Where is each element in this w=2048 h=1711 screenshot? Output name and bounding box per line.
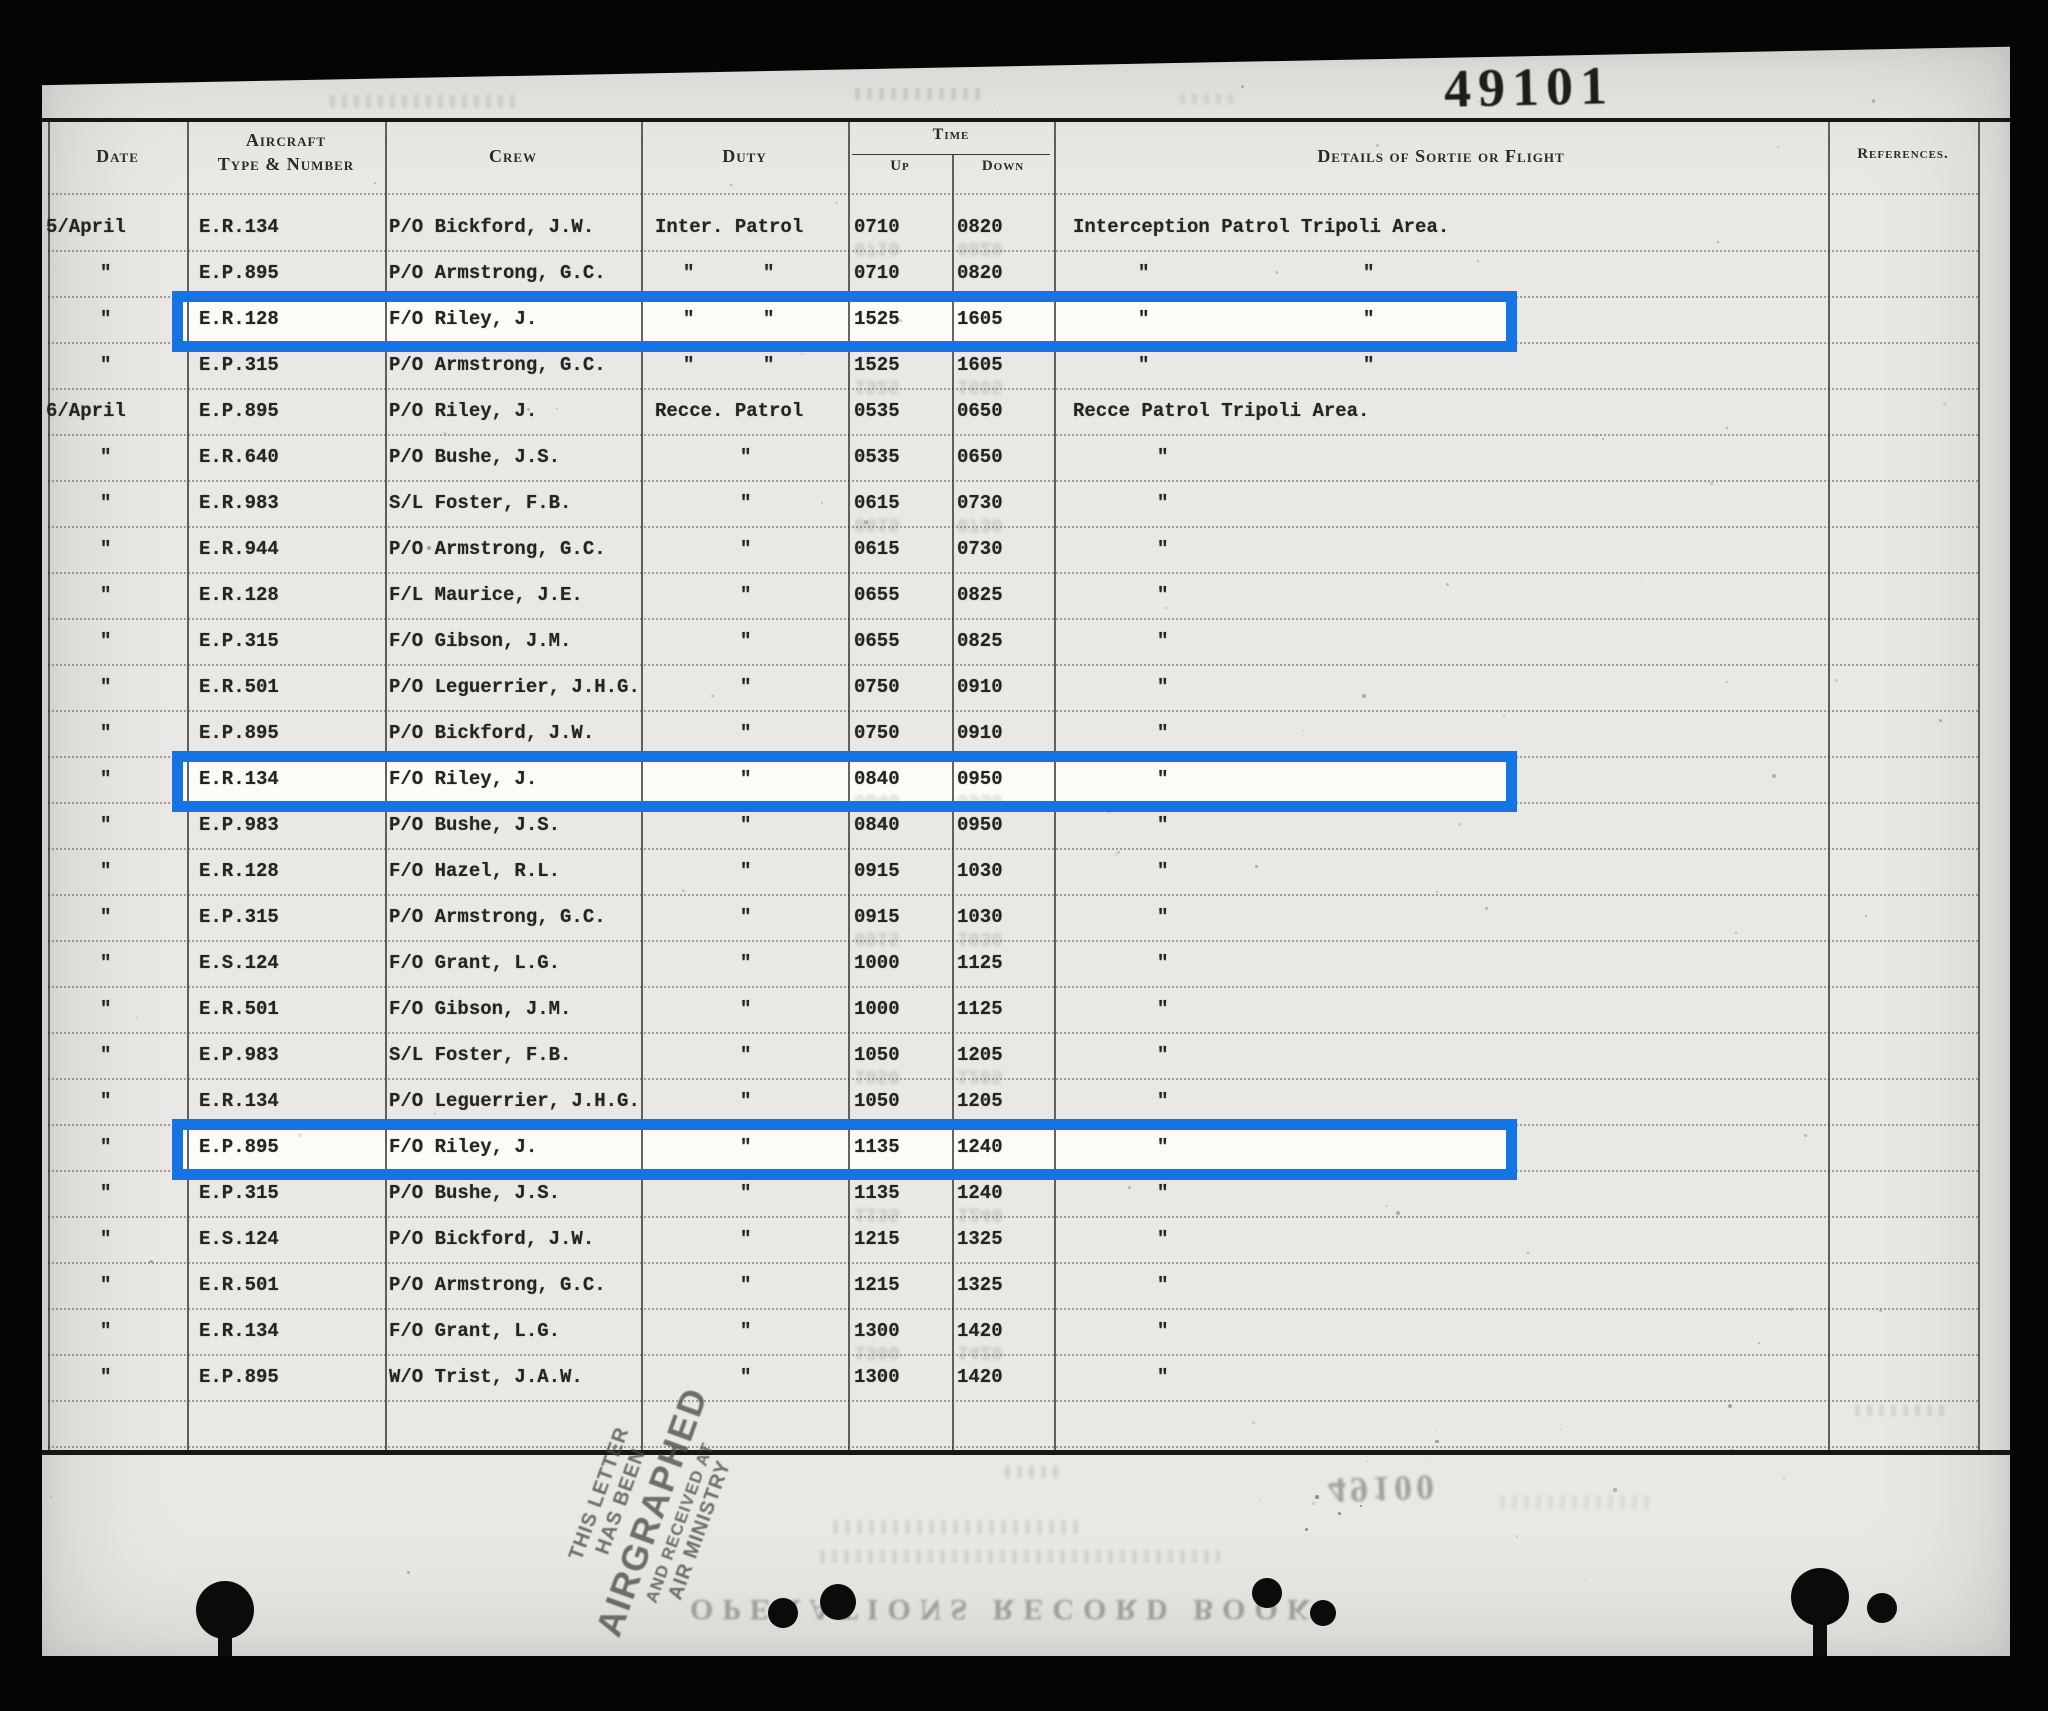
col-header-date: Date [48, 146, 187, 167]
paper-speck [556, 408, 558, 410]
cell-aircraft: E.P.983 [199, 813, 279, 837]
cell-time-down: 1240 [957, 1181, 1003, 1205]
cell-details-ditto: " [1157, 1089, 1168, 1113]
cell-time-down: 0820 [957, 261, 1003, 285]
cell-duty-ditto: " [740, 1319, 751, 1343]
cell-date-ditto: " [100, 353, 111, 377]
cell-time-down: 1125 [957, 951, 1003, 975]
ink-smudge [1500, 1495, 1650, 1509]
hole-punch [1791, 1568, 1849, 1626]
paper-speck [1641, 578, 1642, 579]
cell-crew: P/O Armstrong, G.C. [389, 353, 606, 377]
cell-crew: F/L Maurice, J.E. [389, 583, 583, 607]
time-ghost: 1240 [957, 1203, 1003, 1225]
paper-speck [1516, 1535, 1518, 1537]
paper-speck [1613, 1488, 1617, 1492]
cell-date-ditto: " [100, 813, 111, 837]
cell-time-down: 0650 [957, 445, 1003, 469]
cell-date-ditto: " [100, 1365, 111, 1389]
cell-details-ditto: " [1157, 905, 1168, 929]
cell-duty: Recce. Patrol [655, 399, 803, 423]
hole-punch [768, 1598, 798, 1628]
row-separator [48, 480, 1978, 482]
paper-speck [1200, 1535, 1202, 1537]
cell-crew: F/O Hazel, R.L. [389, 859, 560, 883]
paper-speck [1602, 438, 1604, 440]
paper-speck [434, 1113, 436, 1115]
cell-crew: F/O Grant, L.G. [389, 951, 560, 975]
time-subheader-rule [852, 154, 1050, 155]
paper-speck [1728, 1404, 1732, 1408]
time-ghost: 1205 [957, 1065, 1003, 1087]
cell-crew: F/O Gibson, J.M. [389, 997, 571, 1021]
paper-speck [374, 182, 376, 184]
cell-duty-ditto: " [740, 813, 751, 837]
paper-speck [1165, 607, 1167, 609]
cell-duty-ditto: " [740, 491, 751, 515]
row-separator [48, 1032, 1978, 1034]
cell-time-down: 0825 [957, 583, 1003, 607]
cell-details-ditto: " [1157, 859, 1168, 883]
paper-speck [1726, 427, 1728, 429]
cell-time-up: 1000 [854, 951, 900, 975]
cell-time-up: 1135 [854, 1181, 900, 1205]
cell-aircraft: E.R.944 [199, 537, 279, 561]
cell-time-down: 1420 [957, 1319, 1003, 1343]
cell-date-ditto: " [100, 905, 111, 929]
time-ghost: 1525 [854, 375, 900, 397]
paper-speck [53, 266, 55, 268]
paper-speck [1255, 865, 1258, 868]
cell-time-up: 0655 [854, 629, 900, 653]
cell-date-ditto: " [100, 629, 111, 653]
paper-speck [682, 889, 685, 892]
cell-date-ditto: " [100, 1043, 111, 1067]
cell-time-up: 0915 [854, 905, 900, 929]
cell-duty-ditto: " [740, 1181, 751, 1205]
hole-punch [820, 1584, 856, 1620]
highlight-box [172, 1119, 1517, 1180]
paper-speck [1362, 694, 1365, 697]
cell-duty-ditto: " [740, 675, 751, 699]
cell-crew: P/O Bushe, J.S. [389, 445, 560, 469]
page-number: 49101 [1443, 54, 1614, 120]
cell-duty-ditto: " [740, 721, 751, 745]
cell-time-up: 0710 [854, 261, 900, 285]
cell-crew: P/O Bickford, J.W. [389, 1227, 594, 1251]
paper-speck [1305, 1528, 1308, 1531]
cell-duty-ditto: " [740, 1043, 751, 1067]
paper-sheet [42, 46, 2010, 1658]
cell-duty-ditto: " [683, 353, 694, 377]
paper-speck [1435, 1440, 1439, 1444]
cell-details-ditto: " [1157, 675, 1168, 699]
paper-speck [1477, 260, 1479, 262]
cell-time-down: 0730 [957, 537, 1003, 561]
cell-crew: P/O Bickford, J.W. [389, 721, 594, 745]
cell-aircraft: E.R.128 [199, 583, 279, 607]
cell-aircraft: E.R.501 [199, 997, 279, 1021]
ink-smudge [1005, 1466, 1065, 1478]
ink-smudge [330, 95, 520, 108]
ink-smudge [820, 1550, 1220, 1563]
highlight-box [172, 291, 1517, 352]
cell-duty-ditto: " [763, 353, 774, 377]
cell-duty: Inter. Patrol [655, 215, 803, 239]
cell-details-ditto: " [1157, 951, 1168, 975]
cell-time-down: 0825 [957, 629, 1003, 653]
cell-duty-ditto: " [740, 445, 751, 469]
paper-speck [1939, 719, 1942, 722]
cell-duty-ditto: " [740, 905, 751, 929]
cell-date: 6/April [46, 399, 126, 423]
col-header-time: Time [848, 126, 1054, 144]
cell-details-ditto: " [1157, 1181, 1168, 1205]
cell-date-ditto: " [100, 1135, 111, 1159]
cell-time-down: 0730 [957, 491, 1003, 515]
row-separator [48, 940, 1978, 942]
paper-speck [1726, 681, 1728, 683]
cell-date-ditto: " [100, 445, 111, 469]
cell-aircraft: E.R.501 [199, 1273, 279, 1297]
cell-details-ditto: " [1157, 1227, 1168, 1251]
cell-date-ditto: " [100, 307, 111, 331]
cell-aircraft: E.P.895 [199, 721, 279, 745]
row-separator [48, 664, 1978, 666]
cell-time-up: 0535 [854, 399, 900, 423]
time-ghost: 1605 [957, 375, 1003, 397]
ink-smudge [1180, 94, 1240, 104]
row-separator [48, 1078, 1978, 1080]
cell-crew: P/O Armstrong, G.C. [389, 905, 606, 929]
time-ghost: 1420 [957, 1341, 1003, 1363]
cell-time-down: 1205 [957, 1043, 1003, 1067]
cell-aircraft: E.R.640 [199, 445, 279, 469]
scan-border-left [0, 0, 42, 1711]
row-separator [48, 618, 1978, 620]
paper-speck [1338, 1512, 1341, 1515]
cell-date-ditto: " [100, 1089, 111, 1113]
col-header-crew: Crew [385, 146, 641, 167]
paper-speck [730, 184, 732, 186]
time-ghost: 1300 [854, 1341, 900, 1363]
cell-aircraft: E.R.983 [199, 491, 279, 515]
cell-time-up: 0655 [854, 583, 900, 607]
cell-duty-ditto: " [740, 859, 751, 883]
cell-crew: F/O Grant, L.G. [389, 1319, 560, 1343]
row-separator [48, 986, 1978, 988]
cell-crew: W/O Trist, J.A.W. [389, 1365, 583, 1389]
cell-date-ditto: " [100, 583, 111, 607]
cell-aircraft: E.P.315 [199, 629, 279, 653]
cell-crew: P/O Bickford, J.W. [389, 215, 594, 239]
table-column-line [1828, 122, 1830, 1452]
cell-time-up: 0615 [854, 491, 900, 515]
cell-aircraft: E.R.134 [199, 1319, 279, 1343]
cell-time-up: 0710 [854, 215, 900, 239]
paper-speck [1803, 1320, 1804, 1321]
ink-smudge [855, 88, 985, 100]
cell-details-ditto: " [1157, 1365, 1168, 1389]
cell-duty-ditto: " [740, 629, 751, 653]
cell-aircraft: E.S.124 [199, 951, 279, 975]
cell-time-up: 1215 [854, 1273, 900, 1297]
row-separator [48, 526, 1978, 528]
paper-speck [1366, 1461, 1368, 1463]
cell-crew: P/O Armstrong, G.C. [389, 261, 606, 285]
cell-time-up: 1000 [854, 997, 900, 1021]
cell-time-down: 1605 [957, 353, 1003, 377]
paper-speck [1436, 891, 1438, 893]
paper-speck [1312, 1502, 1315, 1505]
cell-time-down: 1420 [957, 1365, 1003, 1389]
scan-border-right [2010, 0, 2048, 1711]
cell-time-down: 1030 [957, 859, 1003, 883]
hole-punch [1310, 1600, 1336, 1626]
cell-crew: S/L Foster, F.B. [389, 1043, 571, 1067]
cell-details-ditto: " [1157, 491, 1168, 515]
cell-crew: P/O Armstrong, G.C. [389, 537, 606, 561]
cell-aircraft: E.R.134 [199, 1089, 279, 1113]
cell-crew: P/O Riley, J. [389, 399, 537, 423]
cell-time-up: 0915 [854, 859, 900, 883]
ink-smudge [833, 1520, 1083, 1534]
cell-time-down: 1030 [957, 905, 1003, 929]
paper-speck [1772, 774, 1776, 778]
paper-speck [1485, 907, 1488, 910]
cell-details-ditto: " [1157, 1319, 1168, 1343]
cell-date: 5/April [46, 215, 126, 239]
cell-time-up: 1525 [854, 353, 900, 377]
paper-speck [1943, 403, 1946, 406]
cell-aircraft: E.P.895 [199, 1365, 279, 1389]
cell-date-ditto: " [100, 1273, 111, 1297]
cell-duty-ditto: " [740, 583, 751, 607]
col-header-references: References. [1828, 146, 1978, 163]
col-header-duty: Duty [641, 146, 848, 167]
cell-time-down: 0650 [957, 399, 1003, 423]
time-ghost: 0915 [854, 927, 900, 949]
scan-border-bottom [0, 1656, 2048, 1711]
cell-date-ditto: " [100, 1227, 111, 1251]
cell-aircraft: E.P.983 [199, 1043, 279, 1067]
cell-time-up: 0535 [854, 445, 900, 469]
cell-date-ditto: " [100, 1319, 111, 1343]
cell-duty-ditto: " [740, 1273, 751, 1297]
row-separator [48, 193, 1978, 195]
cell-crew: P/O Leguerrier, J.H.G. [389, 1089, 640, 1113]
paper-speck [1315, 1495, 1319, 1499]
row-separator [48, 388, 1978, 390]
cell-aircraft: E.R.134 [199, 215, 279, 239]
cell-duty-ditto: " [740, 1365, 751, 1389]
paper-speck [1804, 1134, 1807, 1137]
cell-details: Recce Patrol Tripoli Area. [1073, 399, 1369, 423]
cell-aircraft: E.R.128 [199, 859, 279, 883]
paper-speck [1872, 99, 1875, 102]
scanned-page: 49101 Date Aircraft Type & Number Crew D… [0, 0, 2048, 1711]
cell-details-ditto: " [1138, 261, 1149, 285]
cell-details-ditto: " [1157, 583, 1168, 607]
row-separator [48, 1354, 1978, 1356]
hole-punch [1252, 1578, 1282, 1608]
cell-details-ditto: " [1157, 1273, 1168, 1297]
cell-time-up: 1050 [854, 1089, 900, 1113]
cell-details-ditto: " [1157, 629, 1168, 653]
cell-crew: P/O Leguerrier, J.H.G. [389, 675, 640, 699]
cell-date-ditto: " [100, 859, 111, 883]
row-separator [48, 848, 1978, 850]
cell-crew: P/O Bushe, J.S. [389, 1181, 560, 1205]
row-separator [48, 1308, 1978, 1310]
row-separator [48, 1262, 1978, 1264]
cell-time-down: 0910 [957, 675, 1003, 699]
col-header-up: Up [848, 158, 952, 175]
highlight-box [172, 751, 1517, 812]
cell-aircraft: E.P.895 [199, 399, 279, 423]
cell-duty-ditto: " [740, 1227, 751, 1251]
row-separator [48, 710, 1978, 712]
bleed-through-page-number: 49100 [1327, 1466, 1438, 1512]
paper-speck [1783, 1477, 1785, 1479]
cell-aircraft: E.S.124 [199, 1227, 279, 1251]
cell-duty-ditto: " [740, 537, 751, 561]
hole-punch [196, 1581, 254, 1639]
cell-duty-ditto: " [683, 261, 694, 285]
cell-time-up: 1215 [854, 1227, 900, 1251]
cell-aircraft: E.P.895 [199, 261, 279, 285]
time-ghost: 1030 [957, 927, 1003, 949]
header-top-rule [40, 118, 2012, 122]
cell-details-ditto: " [1157, 537, 1168, 561]
cell-crew: P/O Armstrong, G.C. [389, 1273, 606, 1297]
cell-time-down: 1125 [957, 997, 1003, 1021]
time-ghost: 1050 [854, 1065, 900, 1087]
time-ghost: 0820 [957, 237, 1003, 259]
footer-rule [40, 1450, 2012, 1455]
cell-time-down: 0910 [957, 721, 1003, 745]
cell-date-ditto: " [100, 767, 111, 791]
cell-time-up: 0615 [854, 537, 900, 561]
cell-details-ditto: " [1157, 721, 1168, 745]
col-header-down: Down [952, 158, 1054, 175]
time-ghost: 1135 [854, 1203, 900, 1225]
time-ghost: 0710 [854, 237, 900, 259]
row-separator [48, 1400, 1978, 1402]
cell-time-down: 0820 [957, 215, 1003, 239]
row-separator [48, 894, 1978, 896]
cell-details-ditto: " [1157, 813, 1168, 837]
cell-time-down: 1325 [957, 1273, 1003, 1297]
cell-time-down: 0950 [957, 813, 1003, 837]
cell-date-ditto: " [100, 675, 111, 699]
cell-time-up: 1300 [854, 1365, 900, 1389]
cell-time-up: 0750 [854, 721, 900, 745]
cell-duty-ditto: " [740, 951, 751, 975]
cell-date-ditto: " [100, 951, 111, 975]
cell-time-up: 0840 [854, 813, 900, 837]
paper-speck [1385, 1205, 1388, 1208]
cell-duty-ditto: " [740, 1089, 751, 1113]
cell-date-ditto: " [100, 491, 111, 515]
row-separator [48, 250, 1978, 252]
cell-date-ditto: " [100, 997, 111, 1021]
cell-date-ditto: " [100, 1181, 111, 1205]
cell-duty-ditto: " [763, 261, 774, 285]
cell-details-ditto: " [1363, 261, 1374, 285]
cell-date-ditto: " [100, 537, 111, 561]
cell-crew: F/O Gibson, J.M. [389, 629, 571, 653]
col-header-aircraft-1: Aircraft [187, 130, 385, 151]
cell-crew: S/L Foster, F.B. [389, 491, 571, 515]
table-column-line [1978, 122, 1980, 1452]
cell-aircraft: E.R.501 [199, 675, 279, 699]
paper-speck [1128, 1186, 1131, 1189]
row-separator [48, 1216, 1978, 1218]
cell-time-down: 1325 [957, 1227, 1003, 1251]
cell-details-ditto: " [1157, 445, 1168, 469]
cell-time-up: 1300 [854, 1319, 900, 1343]
cell-details-ditto: " [1157, 997, 1168, 1021]
time-ghost: 0615 [854, 513, 900, 535]
cell-time-up: 0750 [854, 675, 900, 699]
table-column-line [48, 122, 50, 1452]
cell-crew: P/O Bushe, J.S. [389, 813, 560, 837]
cell-duty-ditto: " [740, 997, 751, 1021]
time-ghost: 0730 [957, 513, 1003, 535]
col-header-aircraft-2: Type & Number [187, 154, 385, 175]
cell-aircraft: E.P.315 [199, 905, 279, 929]
cell-details-ditto: " [1157, 1043, 1168, 1067]
paper-speck [1717, 241, 1719, 243]
cell-date-ditto: " [100, 721, 111, 745]
cell-time-down: 1205 [957, 1089, 1003, 1113]
hole-punch [1867, 1593, 1897, 1623]
cell-date-ditto: " [100, 261, 111, 285]
row-separator [48, 572, 1978, 574]
paper-speck [1117, 851, 1120, 854]
ink-smudge [1855, 1405, 1945, 1416]
cell-aircraft: E.P.315 [199, 353, 279, 377]
cell-details: Interception Patrol Tripoli Area. [1073, 215, 1449, 239]
cell-details-ditto: " [1138, 353, 1149, 377]
paper-speck [1436, 1429, 1437, 1430]
cell-aircraft: E.P.315 [199, 1181, 279, 1205]
col-header-details: Details of Sortie or Flight [1054, 146, 1828, 167]
row-separator [48, 434, 1978, 436]
cell-details-ditto: " [1363, 353, 1374, 377]
cell-time-up: 1050 [854, 1043, 900, 1067]
row-separator [48, 1446, 1978, 1448]
